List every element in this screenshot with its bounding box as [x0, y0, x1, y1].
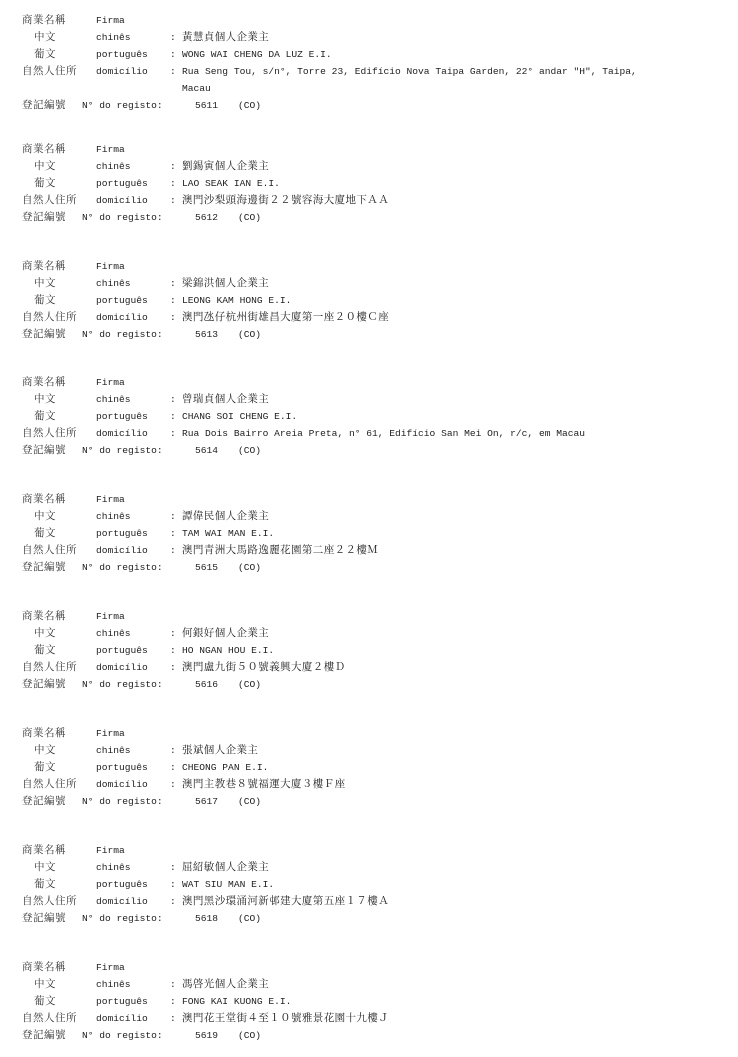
- registration-label-pt: N° do registo:: [82, 676, 163, 693]
- address-value: Rua Seng Tou, s/n°, Torre 23, Edifício N…: [182, 63, 637, 80]
- registration-label-pt: N° do registo:: [82, 559, 163, 576]
- firma-label-zh: 商業名稱: [22, 959, 66, 976]
- domicile-label-zh: 自然人住所: [22, 776, 77, 793]
- domicile-label-zh: 自然人住所: [22, 542, 77, 559]
- portuguese-label-pt: português: [96, 993, 148, 1010]
- registration-number: 5611: [195, 97, 218, 114]
- firma-label-zh: 商業名稱: [22, 12, 66, 29]
- domicile-label-pt: domicílio: [96, 192, 148, 209]
- name-chinese-value: 張斌個人企業主: [182, 742, 258, 759]
- colon: :: [170, 742, 176, 759]
- registration-label-pt: N° do registo:: [82, 97, 163, 114]
- name-chinese-value: 梁錦洪個人企業主: [182, 275, 269, 292]
- address-value: 澳門主教巷８號福運大廈３樓Ｆ座: [182, 776, 346, 793]
- registration-label-pt: N° do registo:: [82, 1027, 163, 1044]
- chinese-label-pt: chinês: [96, 508, 131, 525]
- colon: :: [170, 759, 176, 776]
- portuguese-label-zh: 葡文: [34, 993, 56, 1010]
- colon: :: [170, 408, 176, 425]
- registration-code: (CO): [238, 559, 261, 576]
- portuguese-label-pt: português: [96, 175, 148, 192]
- colon: :: [170, 625, 176, 642]
- firma-label-zh: 商業名稱: [22, 608, 66, 625]
- domicile-label-zh: 自然人住所: [22, 309, 77, 326]
- firma-label-pt: Firma: [96, 842, 125, 859]
- registration-label-pt: N° do registo:: [82, 442, 163, 459]
- portuguese-label-pt: português: [96, 408, 148, 425]
- portuguese-label-pt: português: [96, 759, 148, 776]
- chinese-label-zh: 中文: [34, 859, 56, 876]
- firma-label-pt: Firma: [96, 141, 125, 158]
- name-chinese-value: 屈紹敏個人企業主: [182, 859, 269, 876]
- name-portuguese-value: LEONG KAM HONG E.I.: [182, 292, 291, 309]
- colon: :: [170, 292, 176, 309]
- colon: :: [170, 175, 176, 192]
- chinese-label-pt: chinês: [96, 275, 131, 292]
- registration-label-zh: 登記編號: [22, 676, 66, 693]
- portuguese-label-zh: 葡文: [34, 175, 56, 192]
- domicile-label-zh: 自然人住所: [22, 63, 77, 80]
- registration-code: (CO): [238, 442, 261, 459]
- name-portuguese-value: FONG KAI KUONG E.I.: [182, 993, 291, 1010]
- colon: :: [170, 542, 176, 559]
- chinese-label-zh: 中文: [34, 625, 56, 642]
- portuguese-label-zh: 葡文: [34, 292, 56, 309]
- address-continuation-value: Macau: [182, 80, 211, 97]
- chinese-label-zh: 中文: [34, 29, 56, 46]
- registration-label-zh: 登記編號: [22, 442, 66, 459]
- registration-number: 5614: [195, 442, 218, 459]
- registration-code: (CO): [238, 676, 261, 693]
- registration-label-zh: 登記編號: [22, 793, 66, 810]
- name-portuguese-value: CHEONG PAN E.I.: [182, 759, 268, 776]
- colon: :: [170, 776, 176, 793]
- address-value: 澳門青洲大馬路逸麗花園第二座２２樓Ｍ: [182, 542, 378, 559]
- registration-label-pt: N° do registo:: [82, 326, 163, 343]
- portuguese-label-zh: 葡文: [34, 759, 56, 776]
- firma-label-zh: 商業名稱: [22, 491, 66, 508]
- portuguese-label-zh: 葡文: [34, 46, 56, 63]
- address-value: 澳門氹仔杭州街雄昌大廈第一座２０樓Ｃ座: [182, 309, 389, 326]
- firma-label-zh: 商業名稱: [22, 725, 66, 742]
- registration-label-zh: 登記編號: [22, 1027, 66, 1044]
- firma-label-zh: 商業名稱: [22, 842, 66, 859]
- portuguese-label-zh: 葡文: [34, 525, 56, 542]
- registration-number: 5617: [195, 793, 218, 810]
- domicile-label-pt: domicílio: [96, 659, 148, 676]
- address-value: 澳門沙梨頭海邊街２２號容海大廈地下ＡＡ: [182, 192, 389, 209]
- portuguese-label-pt: português: [96, 642, 148, 659]
- name-portuguese-value: CHANG SOI CHENG E.I.: [182, 408, 297, 425]
- domicile-label-pt: domicílio: [96, 309, 148, 326]
- portuguese-label-zh: 葡文: [34, 876, 56, 893]
- chinese-label-pt: chinês: [96, 391, 131, 408]
- chinese-label-pt: chinês: [96, 859, 131, 876]
- name-chinese-value: 曾瑞貞個人企業主: [182, 391, 269, 408]
- registration-number: 5619: [195, 1027, 218, 1044]
- registration-number: 5618: [195, 910, 218, 927]
- registration-code: (CO): [238, 793, 261, 810]
- firma-label-zh: 商業名稱: [22, 141, 66, 158]
- name-chinese-value: 劉錫寅個人企業主: [182, 158, 269, 175]
- registration-code: (CO): [238, 326, 261, 343]
- chinese-label-pt: chinês: [96, 29, 131, 46]
- firma-label-pt: Firma: [96, 725, 125, 742]
- name-chinese-value: 譚偉民個人企業主: [182, 508, 269, 525]
- colon: :: [170, 391, 176, 408]
- registration-label-pt: N° do registo:: [82, 209, 163, 226]
- registration-code: (CO): [238, 209, 261, 226]
- domicile-label-pt: domicílio: [96, 1010, 148, 1027]
- colon: :: [170, 642, 176, 659]
- colon: :: [170, 1010, 176, 1027]
- portuguese-label-pt: português: [96, 525, 148, 542]
- domicile-label-pt: domicílio: [96, 893, 148, 910]
- firma-label-pt: Firma: [96, 491, 125, 508]
- name-chinese-value: 何銀好個人企業主: [182, 625, 269, 642]
- registration-number: 5613: [195, 326, 218, 343]
- colon: :: [170, 859, 176, 876]
- registration-label-zh: 登記編號: [22, 326, 66, 343]
- domicile-label-zh: 自然人住所: [22, 192, 77, 209]
- name-portuguese-value: TAM WAI MAN E.I.: [182, 525, 274, 542]
- domicile-label-zh: 自然人住所: [22, 425, 77, 442]
- chinese-label-zh: 中文: [34, 158, 56, 175]
- registration-number: 5612: [195, 209, 218, 226]
- portuguese-label-pt: português: [96, 876, 148, 893]
- colon: :: [170, 46, 176, 63]
- address-value: Rua Dois Bairro Areia Preta, n° 61, Edif…: [182, 425, 585, 442]
- domicile-label-zh: 自然人住所: [22, 1010, 77, 1027]
- registration-label-pt: N° do registo:: [82, 793, 163, 810]
- name-chinese-value: 黃慧貞個人企業主: [182, 29, 269, 46]
- name-portuguese-value: WONG WAI CHENG DA LUZ E.I.: [182, 46, 332, 63]
- firma-label-zh: 商業名稱: [22, 258, 66, 275]
- registration-code: (CO): [238, 1027, 261, 1044]
- name-portuguese-value: WAT SIU MAN E.I.: [182, 876, 274, 893]
- chinese-label-pt: chinês: [96, 976, 131, 993]
- registration-number: 5615: [195, 559, 218, 576]
- registration-label-zh: 登記編號: [22, 910, 66, 927]
- chinese-label-pt: chinês: [96, 625, 131, 642]
- name-chinese-value: 馮啓光個人企業主: [182, 976, 269, 993]
- firma-label-pt: Firma: [96, 374, 125, 391]
- colon: :: [170, 876, 176, 893]
- registration-code: (CO): [238, 97, 261, 114]
- colon: :: [170, 508, 176, 525]
- portuguese-label-pt: português: [96, 46, 148, 63]
- registration-number: 5616: [195, 676, 218, 693]
- firma-label-pt: Firma: [96, 12, 125, 29]
- chinese-label-zh: 中文: [34, 508, 56, 525]
- address-value: 澳門盧九街５０號義興大廈２樓Ｄ: [182, 659, 346, 676]
- domicile-label-pt: domicílio: [96, 425, 148, 442]
- registration-label-zh: 登記編號: [22, 209, 66, 226]
- colon: :: [170, 192, 176, 209]
- firma-label-pt: Firma: [96, 959, 125, 976]
- chinese-label-pt: chinês: [96, 158, 131, 175]
- domicile-label-zh: 自然人住所: [22, 893, 77, 910]
- address-value: 澳門黑沙環涌河新邨建大廈第五座１７樓Ａ: [182, 893, 389, 910]
- colon: :: [170, 525, 176, 542]
- domicile-label-zh: 自然人住所: [22, 659, 77, 676]
- domicile-label-pt: domicílio: [96, 776, 148, 793]
- registration-label-pt: N° do registo:: [82, 910, 163, 927]
- chinese-label-zh: 中文: [34, 275, 56, 292]
- domicile-label-pt: domicílio: [96, 63, 148, 80]
- chinese-label-zh: 中文: [34, 742, 56, 759]
- chinese-label-pt: chinês: [96, 742, 131, 759]
- colon: :: [170, 158, 176, 175]
- domicile-label-pt: domicílio: [96, 542, 148, 559]
- address-value: 澳門花王堂街４至１０號雅景花園十九樓Ｊ: [182, 1010, 389, 1027]
- name-portuguese-value: LAO SEAK IAN E.I.: [182, 175, 280, 192]
- colon: :: [170, 659, 176, 676]
- name-portuguese-value: HO NGAN HOU E.I.: [182, 642, 274, 659]
- firma-label-pt: Firma: [96, 608, 125, 625]
- colon: :: [170, 976, 176, 993]
- colon: :: [170, 893, 176, 910]
- portuguese-label-zh: 葡文: [34, 408, 56, 425]
- registration-label-zh: 登記編號: [22, 97, 66, 114]
- colon: :: [170, 29, 176, 46]
- portuguese-label-pt: português: [96, 292, 148, 309]
- colon: :: [170, 993, 176, 1010]
- firma-label-zh: 商業名稱: [22, 374, 66, 391]
- chinese-label-zh: 中文: [34, 976, 56, 993]
- portuguese-label-zh: 葡文: [34, 642, 56, 659]
- colon: :: [170, 63, 176, 80]
- registration-code: (CO): [238, 910, 261, 927]
- colon: :: [170, 425, 176, 442]
- firma-label-pt: Firma: [96, 258, 125, 275]
- colon: :: [170, 309, 176, 326]
- registration-label-zh: 登記編號: [22, 559, 66, 576]
- colon: :: [170, 275, 176, 292]
- chinese-label-zh: 中文: [34, 391, 56, 408]
